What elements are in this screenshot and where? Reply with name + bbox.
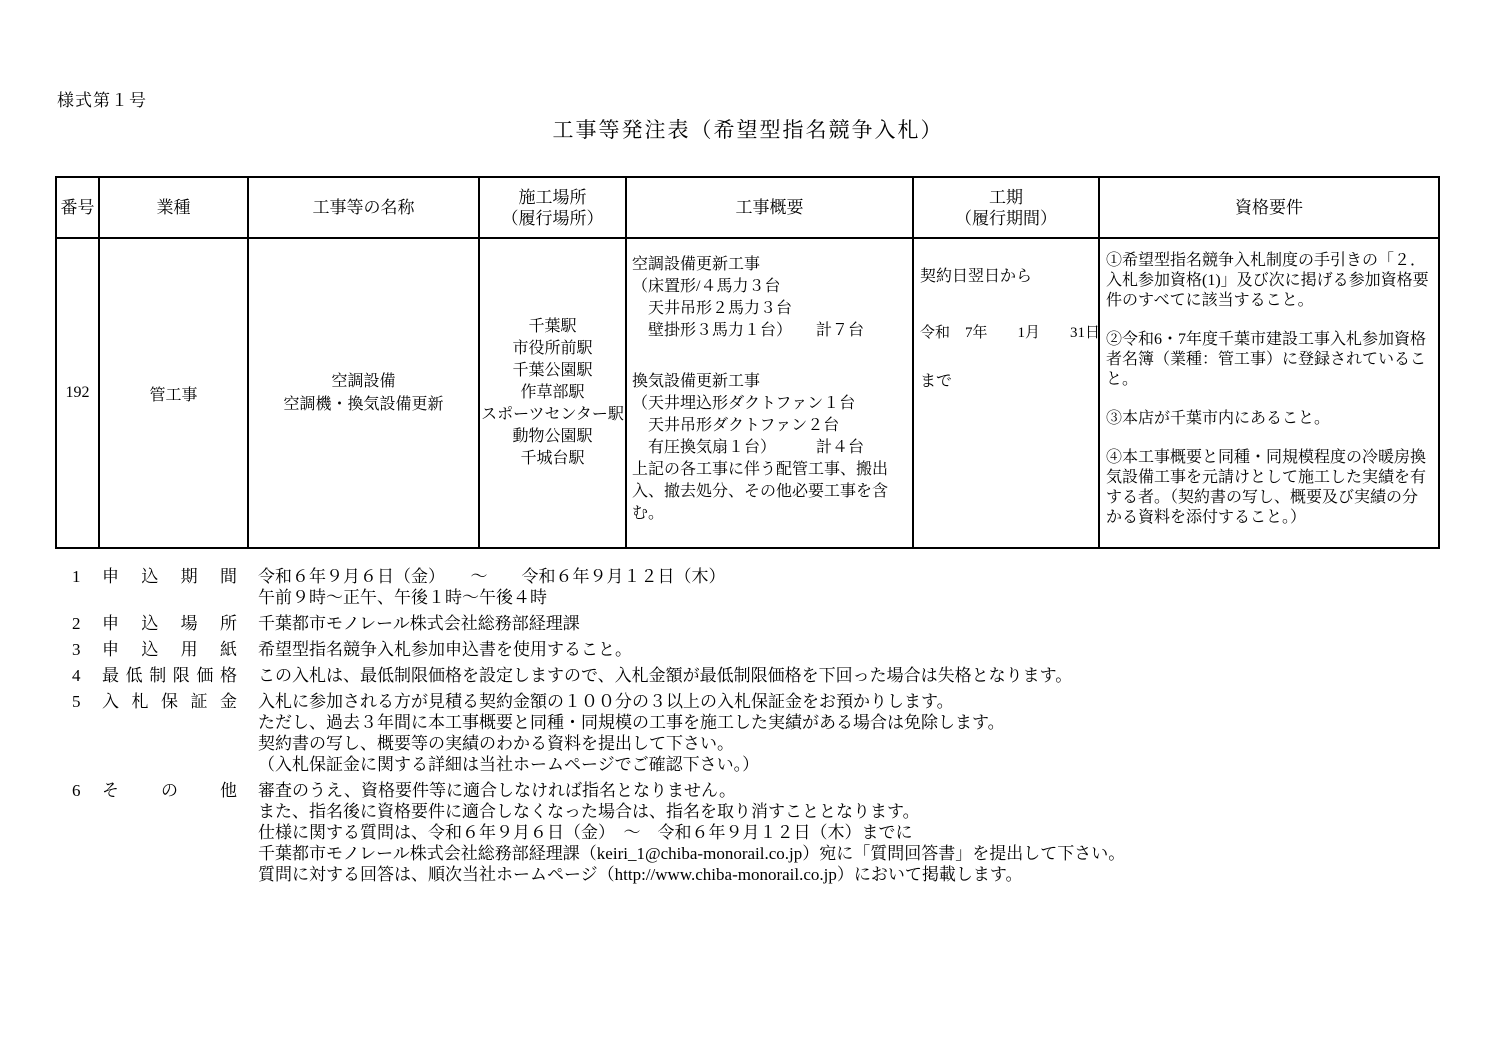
cell-overview: 空調設備更新工事 （床置形/４馬力３台 天井吊形２馬力３台 壁掛形３馬力１台） … (626, 238, 913, 548)
note-content: 令和６年９月６日（金） ～ 令和６年９月１２日（木） 午前９時～正午、午後１時～… (258, 566, 1458, 608)
cell-location: 千葉駅 市役所前駅 千葉公園駅 作草部駅 スポーツセンター駅 動物公園駅 千城台… (479, 238, 626, 548)
note-number: 5 (68, 691, 102, 712)
overview-aircon-block: 空調設備更新工事 （床置形/４馬力３台 天井吊形２馬力３台 壁掛形３馬力１台） … (632, 254, 908, 342)
qualification-item-2: ②令和6・7年度千葉市建設工事入札参加資格者名簿（業種：管工事）に登録されている… (1106, 330, 1433, 390)
note-content: 希望型指名競争入札参加申込書を使用すること。 (258, 639, 1458, 660)
cell-number: 192 (56, 238, 99, 548)
note-number: 3 (68, 639, 102, 660)
note-content: 千葉都市モノレール株式会社総務部経理課 (258, 613, 1458, 634)
form-number-label: 様式第１号 (57, 86, 147, 111)
note-item-minimum-price: 4 最低制限価格 この入札は、最低制限価格を設定しますので、入札金額が最低制限価… (68, 665, 1458, 686)
note-content: 審査のうえ、資格要件等に適合しなければ指名となりません。 また、指名後に資格要件… (258, 780, 1458, 885)
order-table: 番号 業種 工事等の名称 施工場所 （履行場所） 工事概要 工期 （履行期間） … (55, 176, 1440, 549)
header-period: 工期 （履行期間） (913, 177, 1099, 238)
note-number: 1 (68, 566, 102, 587)
cell-period: 契約日翌日から 令和 7年 1月 31日 まで (913, 238, 1099, 548)
note-number: 6 (68, 780, 102, 801)
period-end-date: 令和 7年 1月 31日 (920, 321, 1096, 342)
note-number: 4 (68, 665, 102, 686)
note-label: その他 (102, 780, 237, 801)
document-title: 工事等発注表（希望型指名競争入札） (0, 114, 1496, 144)
qualification-item-3: ③本店が千葉市内にあること。 (1106, 409, 1433, 429)
overview-note: 上記の各工事に伴う配管工事、搬出入、撤去処分、その他必要工事を含む。 (632, 459, 908, 525)
header-industry: 業種 (99, 177, 248, 238)
note-label: 最低制限価格 (102, 665, 237, 686)
note-content: この入札は、最低制限価格を設定しますので、入札金額が最低制限価格を下回った場合は… (258, 665, 1458, 686)
overview-ventilation-block: 換気設備更新工事 （天井埋込形ダクトファン１台 天井吊形ダクトファン２台 有圧換… (632, 371, 908, 459)
period-end-suffix: まで (920, 368, 1096, 391)
note-item-other: 6 その他 審査のうえ、資格要件等に適合しなければ指名となりません。 また、指名… (68, 780, 1458, 885)
qualification-item-1: ①希望型指名競争入札制度の手引きの「２．入札参加資格(1)」及び次に掲げる参加資… (1106, 251, 1433, 311)
note-item-application-period: 1 申込期間 令和６年９月６日（金） ～ 令和６年９月１２日（木） 午前９時～正… (68, 566, 1458, 608)
cell-project-name: 空調設備 空調機・換気設備更新 (248, 238, 479, 548)
cell-industry: 管工事 (99, 238, 248, 548)
cell-qualifications: ①希望型指名競争入札制度の手引きの「２．入札参加資格(1)」及び次に掲げる参加資… (1099, 238, 1439, 548)
table-header-row: 番号 業種 工事等の名称 施工場所 （履行場所） 工事概要 工期 （履行期間） … (56, 177, 1439, 238)
header-number: 番号 (56, 177, 99, 238)
header-project-name: 工事等の名称 (248, 177, 479, 238)
period-start: 契約日翌日から (920, 263, 1096, 286)
note-label: 申込場所 (102, 613, 237, 634)
header-location: 施工場所 （履行場所） (479, 177, 626, 238)
note-item-application-place: 2 申込場所 千葉都市モノレール株式会社総務部経理課 (68, 613, 1458, 634)
note-item-bid-deposit: 5 入札保証金 入札に参加される方が見積る契約金額の１００分の３以上の入札保証金… (68, 691, 1458, 775)
header-overview: 工事概要 (626, 177, 913, 238)
note-number: 2 (68, 613, 102, 634)
header-qualifications: 資格要件 (1099, 177, 1439, 238)
note-label: 申込期間 (102, 566, 237, 587)
conditions-list: 1 申込期間 令和６年９月６日（金） ～ 令和６年９月１２日（木） 午前９時～正… (68, 566, 1458, 890)
note-content: 入札に参加される方が見積る契約金額の１００分の３以上の入札保証金をお預かりします… (258, 691, 1458, 775)
qualification-item-4: ④本工事概要と同種・同規模程度の冷暖房換気設備工事を元請けとして施工した実績を有… (1106, 448, 1433, 528)
note-label: 申込用紙 (102, 639, 237, 660)
note-label: 入札保証金 (102, 691, 237, 712)
note-item-application-form: 3 申込用紙 希望型指名競争入札参加申込書を使用すること。 (68, 639, 1458, 660)
table-row: 192 管工事 空調設備 空調機・換気設備更新 千葉駅 市役所前駅 千葉公園駅 … (56, 238, 1439, 548)
